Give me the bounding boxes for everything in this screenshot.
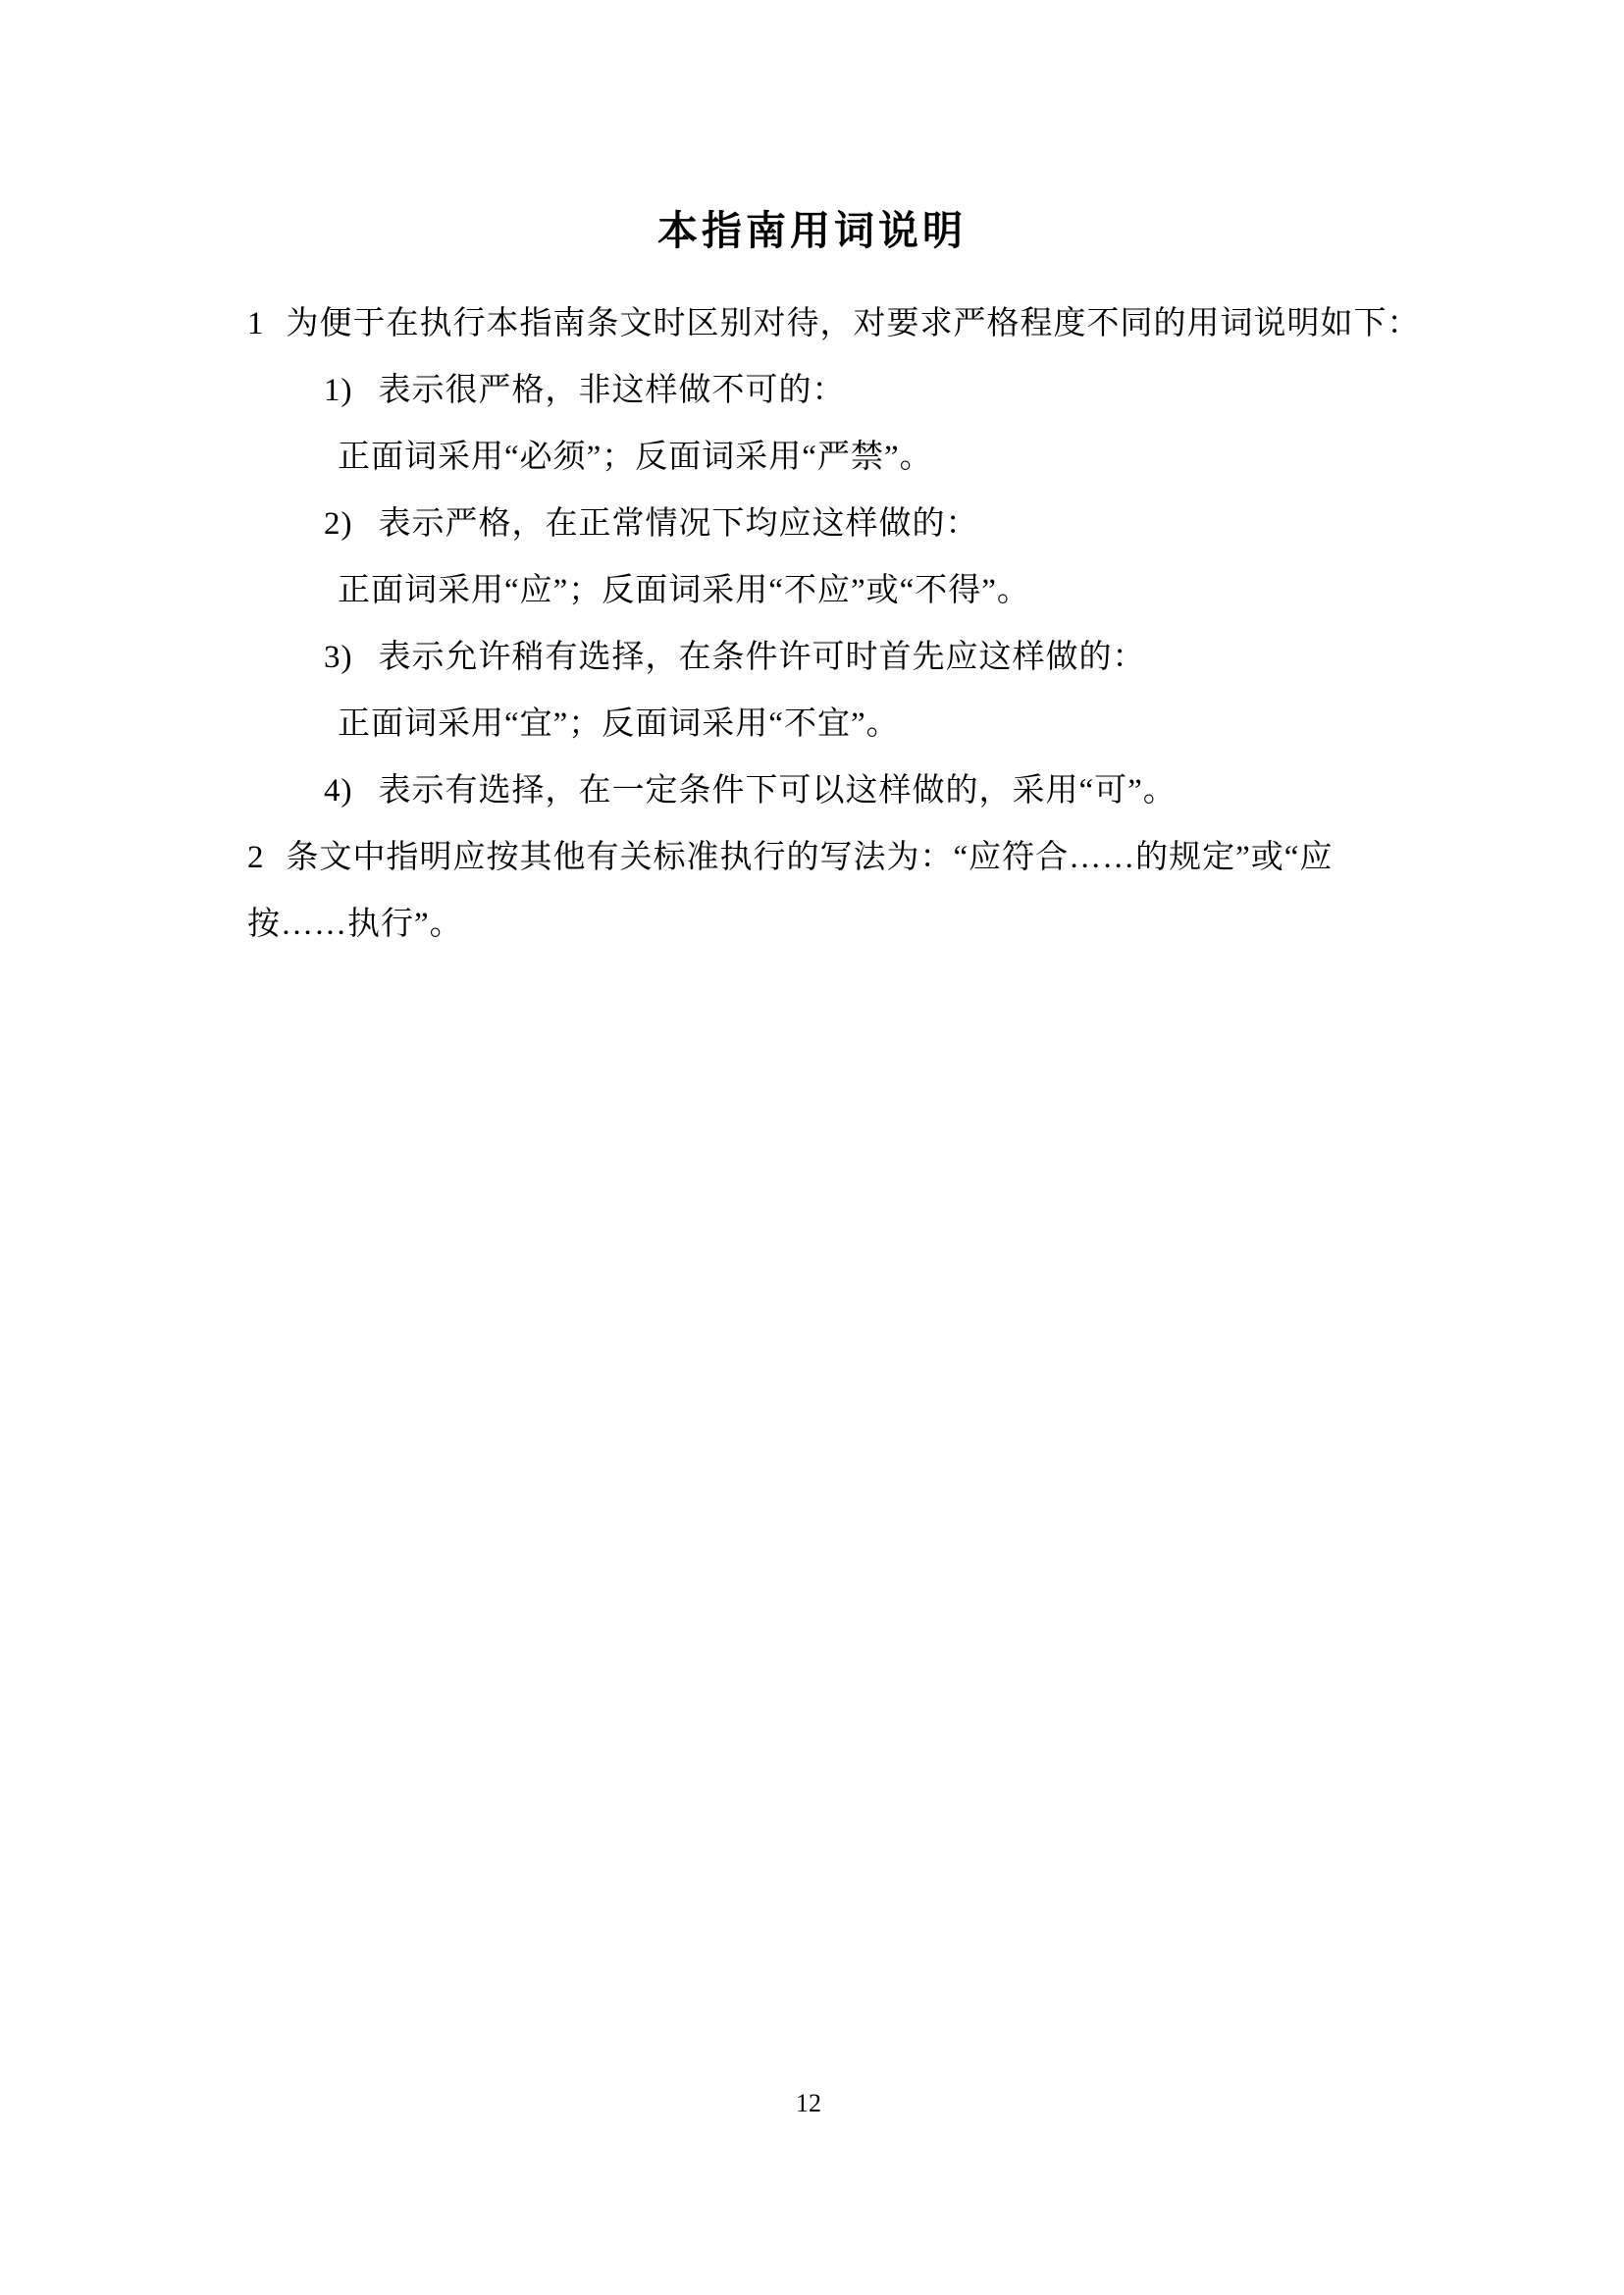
list-item-3-detail: 正面词采用“宜”；反面词采用“不宜”。 [247, 691, 1395, 757]
list-item-number: 4) [324, 757, 353, 824]
list-item-2: 2)表示严格，在正常情况下均应这样做的： [247, 491, 1395, 557]
list-item-1-detail: 正面词采用“必须”；反面词采用“严禁”。 [247, 424, 1395, 491]
list-item-detail-text: 正面词采用“必须”；反面词采用“严禁”。 [338, 440, 933, 475]
paragraph-line-2-continuation: 按……执行”。 [247, 891, 1395, 958]
paragraph-line-1: 1为便于在执行本指南条文时区别对待，对要求严格程度不同的用词说明如下： [247, 290, 1395, 357]
list-item-number: 3) [324, 624, 353, 691]
page-title: 本指南用词说明 [0, 204, 1624, 257]
paragraph-text: 为便于在执行本指南条文时区别对待，对要求严格程度不同的用词说明如下： [287, 306, 1421, 341]
page-number: 12 [0, 2086, 1617, 2121]
paragraph-text: 条文中指明应按其他有关标准执行的写法为：“应符合……的规定”或“应 [287, 840, 1334, 875]
paragraph-line-2: 2条文中指明应按其他有关标准执行的写法为：“应符合……的规定”或“应 [247, 824, 1395, 891]
document-body: 1为便于在执行本指南条文时区别对待，对要求严格程度不同的用词说明如下： 1)表示… [247, 290, 1395, 958]
paragraph-text: 按……执行”。 [247, 907, 463, 942]
list-item-detail-text: 正面词采用“应”；反面词采用“不应”或“不得”。 [338, 573, 1030, 608]
list-item-text: 表示严格，在正常情况下均应这样做的： [379, 506, 979, 542]
list-item-3: 3)表示允许稍有选择，在条件许可时首先应这样做的： [247, 624, 1395, 691]
document-page: 本指南用词说明 1为便于在执行本指南条文时区别对待，对要求严格程度不同的用词说明… [0, 0, 1624, 2295]
list-item-4: 4)表示有选择，在一定条件下可以这样做的，采用“可”。 [247, 757, 1395, 824]
paragraph-number: 2 [247, 824, 265, 891]
list-item-1: 1)表示很严格，非这样做不可的： [247, 357, 1395, 424]
list-item-detail-text: 正面词采用“宜”；反面词采用“不宜”。 [338, 706, 900, 742]
paragraph-number: 1 [247, 290, 265, 357]
list-item-number: 2) [324, 491, 353, 557]
list-item-text: 表示很严格，非这样做不可的： [379, 373, 846, 408]
list-item-number: 1) [324, 357, 353, 424]
list-item-2-detail: 正面词采用“应”；反面词采用“不应”或“不得”。 [247, 557, 1395, 624]
list-item-text: 表示允许稍有选择，在条件许可时首先应这样做的： [379, 640, 1146, 675]
list-item-text: 表示有选择，在一定条件下可以这样做的，采用“可”。 [379, 773, 1177, 808]
